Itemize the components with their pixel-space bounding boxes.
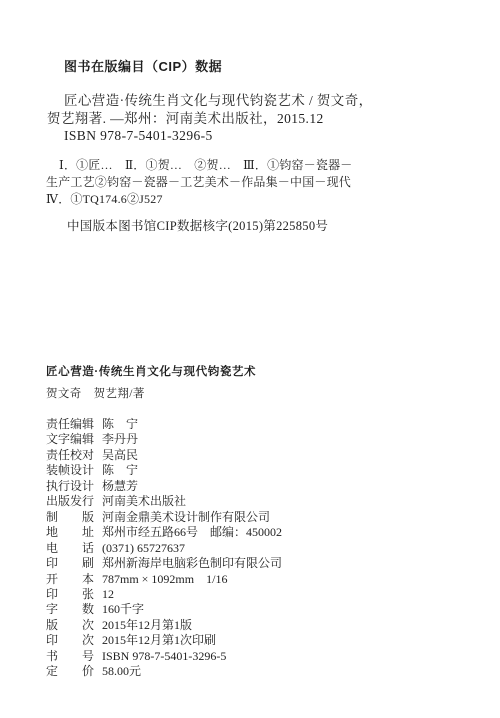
- colophon-label: 电 话: [46, 541, 94, 556]
- colophon-row-phone: 电 话(0371) 65727637: [46, 541, 466, 556]
- colophon-row-isbn: 书 号ISBN 978-7-5401-3296-5: [46, 649, 466, 664]
- classification-line-3: Ⅳ．①TQ174.6②J527: [46, 191, 466, 208]
- cip-header-title: 图书在版编目（CIP）数据: [64, 56, 222, 75]
- colophon-value: 12: [102, 587, 114, 601]
- colophon-value: 李丹丹: [102, 432, 138, 446]
- colophon-row-impression: 印 次2015年12月第1次印刷: [46, 633, 466, 648]
- colophon-row-format: 开 本787mm × 1092mm 1/16: [46, 572, 466, 587]
- colophon-label: 定 价: [46, 664, 94, 679]
- cip-record-line-1: 匠心营造·传统生肖文化与现代钧瓷艺术 / 贺文奇，: [47, 92, 457, 110]
- colophon-row-address: 地 址郑州市经五路66号 邮编：450002: [46, 525, 466, 540]
- colophon-label: 装帧设计: [46, 463, 94, 478]
- colophon-value: 2015年12月第1次印刷: [102, 633, 216, 647]
- colophon-value: 2015年12月第1版: [102, 618, 192, 632]
- colophon-label: 责任编辑: [46, 417, 94, 432]
- colophon-row-binding-design: 装帧设计陈 宁: [46, 463, 466, 478]
- classification-line-2: 生产工艺②钧窑－瓷器－工艺美术－作品集－中国－现代: [46, 174, 466, 191]
- cip-registry-number: 中国版本图书馆CIP数据核字(2015)第225850号: [67, 216, 328, 234]
- colophon-label: 版 次: [46, 618, 94, 633]
- colophon-value: 787mm × 1092mm 1/16: [102, 572, 227, 586]
- colophon-row-edition: 版 次2015年12月第1版: [46, 618, 466, 633]
- colophon-label: 责任校对: [46, 448, 94, 463]
- colophon-label: 地 址: [46, 525, 94, 540]
- colophon-label: 印 张: [46, 587, 94, 602]
- cip-record: 匠心营造·传统生肖文化与现代钧瓷艺术 / 贺文奇， 贺艺翔著. —郑州：河南美术…: [47, 92, 457, 145]
- cip-record-line-2: 贺艺翔著. —郑州：河南美术出版社，2015.12: [47, 110, 457, 128]
- colophon-list: 责任编辑陈 宁 文字编辑李丹丹 责任校对吴高民 装帧设计陈 宁 执行设计杨慧芳 …: [46, 417, 466, 680]
- colophon-label: 执行设计: [46, 479, 94, 494]
- colophon-value: 吴高民: [102, 448, 138, 462]
- colophon-label: 印 次: [46, 633, 94, 648]
- colophon-value: 杨慧芳: [102, 479, 138, 493]
- colophon-value: 58.00元: [102, 664, 141, 678]
- colophon-row-text-editor: 文字编辑李丹丹: [46, 432, 466, 447]
- colophon-value: 郑州新海岸电脑彩色制印有限公司: [102, 556, 282, 570]
- colophon-value: (0371) 65727637: [102, 541, 185, 555]
- colophon-label: 书 号: [46, 649, 94, 664]
- colophon-label: 开 本: [46, 572, 94, 587]
- copyright-page: 图书在版编目（CIP）数据 匠心营造·传统生肖文化与现代钧瓷艺术 / 贺文奇， …: [0, 0, 500, 718]
- colophon-value: 河南美术出版社: [102, 494, 186, 508]
- colophon-value: 河南金鼎美术设计制作有限公司: [102, 510, 270, 524]
- colophon-label: 字 数: [46, 602, 94, 617]
- colophon-row-executive-design: 执行设计杨慧芳: [46, 479, 466, 494]
- colophon-row-platemaking: 制 版河南金鼎美术设计制作有限公司: [46, 510, 466, 525]
- colophon-row-proofreader: 责任校对吴高民: [46, 448, 466, 463]
- classification-line-1: Ⅰ．①匠… Ⅱ．①贺… ②贺… Ⅲ．①钧窑－瓷器－: [46, 157, 466, 174]
- cip-record-isbn: ISBN 978-7-5401-3296-5: [47, 127, 457, 145]
- colophon-label: 印 刷: [46, 556, 94, 571]
- colophon-value: 160千字: [102, 602, 144, 616]
- colophon-row-publisher: 出版发行河南美术出版社: [46, 494, 466, 509]
- colophon-value: ISBN 978-7-5401-3296-5: [102, 649, 226, 663]
- book-title: 匠心营造·传统生肖文化与现代钧瓷艺术: [46, 363, 256, 379]
- colophon-row-sheets: 印 张12: [46, 587, 466, 602]
- colophon-label: 制 版: [46, 510, 94, 525]
- colophon-value: 郑州市经五路66号 邮编：450002: [102, 525, 282, 539]
- colophon-value: 陈 宁: [102, 417, 138, 431]
- colophon-row-editor: 责任编辑陈 宁: [46, 417, 466, 432]
- colophon-label: 出版发行: [46, 494, 94, 509]
- colophon-label: 文字编辑: [46, 432, 94, 447]
- colophon-row-price: 定 价58.00元: [46, 664, 466, 679]
- colophon-value: 陈 宁: [102, 463, 138, 477]
- colophon-row-word-count: 字 数160千字: [46, 602, 466, 617]
- colophon-row-printer: 印 刷郑州新海岸电脑彩色制印有限公司: [46, 556, 466, 571]
- cip-classification: Ⅰ．①匠… Ⅱ．①贺… ②贺… Ⅲ．①钧窑－瓷器－ 生产工艺②钧窑－瓷器－工艺美…: [46, 157, 466, 208]
- book-byline: 贺文奇 贺艺翔/著: [46, 385, 145, 401]
